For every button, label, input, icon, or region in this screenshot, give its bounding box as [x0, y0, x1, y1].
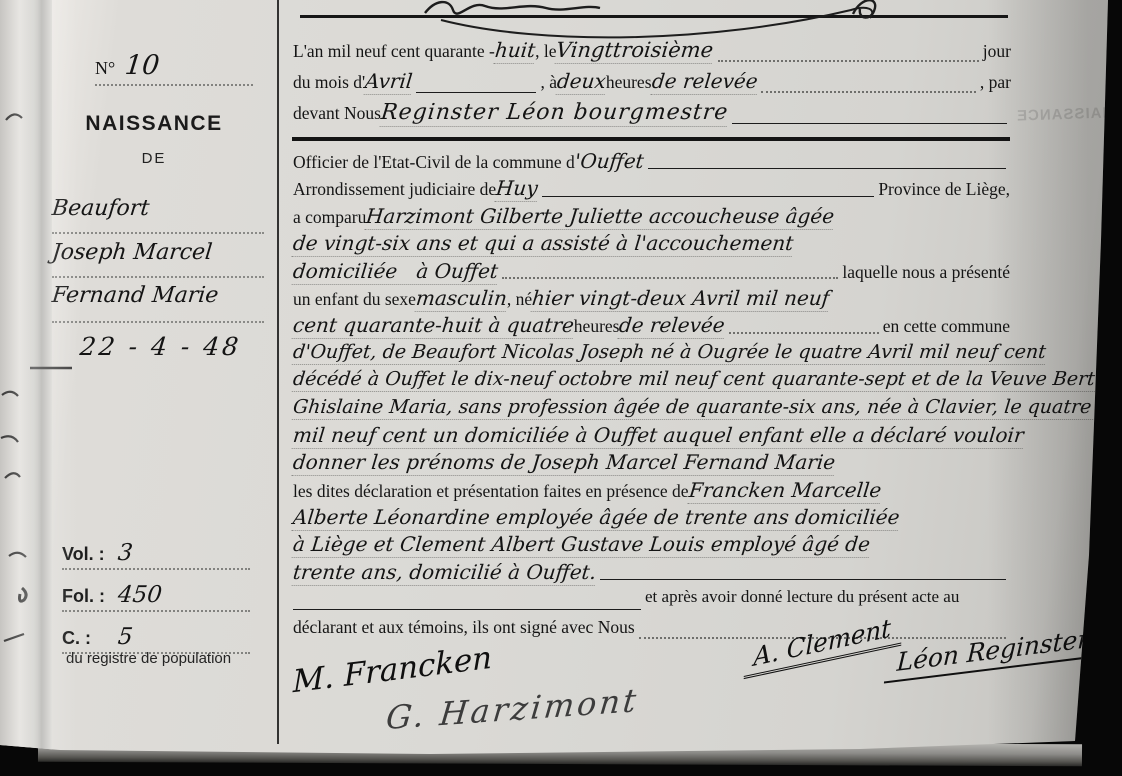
printed-text: Officier de l'Etat-Civil de la commune d [293, 152, 575, 173]
printed-text: laquelle nous a présenté [842, 262, 1010, 283]
form-line: d'Ouffet, de Beaufort Nicolas Joseph né … [293, 341, 1061, 368]
form-line: domiciliée à Ouffet laquelle nous a prés… [293, 259, 1010, 286]
form-line: du mois d' Avril , à deux heures de rele… [293, 69, 1011, 100]
form-line: donner les prénoms de Joseph Marcel Fern… [293, 450, 1010, 477]
handwritten-text: Reginster Léon bourgmestre [380, 100, 730, 127]
form-line: Ghislaine Maria, sans profession âgée de… [293, 396, 1061, 423]
printed-text: les dites déclaration et présentation fa… [293, 481, 689, 502]
form-line: L'an mil neuf cent quarante - huit , le … [293, 38, 1011, 69]
form-line: a comparu Harzimont Gilberte Juliette ac… [293, 204, 1010, 231]
act-number-row: N° 10 [95, 50, 253, 86]
child-surname: Beaufort [52, 196, 264, 234]
handwritten-text: de relevée [650, 69, 758, 95]
handwritten-text: donner les prénoms de Joseph Marcel Fern… [292, 450, 837, 476]
form-line: Officier de l'Etat-Civil de la commune d… [293, 149, 1010, 176]
handwritten-text: Avril [364, 69, 414, 95]
c-value: 5 [117, 624, 134, 650]
handwritten-text: 22 - 4 - 48 [78, 332, 242, 361]
handwritten-text: Huy [495, 176, 539, 202]
handwritten-text: Alberte Léonardine employée âgée de tren… [292, 505, 901, 531]
printed-text: , à [540, 72, 557, 93]
handwritten-text: à Liège et Clement Albert Gustave Louis … [292, 532, 872, 558]
fol-label: Fol. : [62, 586, 118, 607]
solid-fill [293, 609, 641, 610]
form-line: les dites déclaration et présentation fa… [293, 478, 1010, 505]
printed-text: , né [507, 289, 532, 310]
printed-text: déclarant et aux témoins, ils ont signé … [293, 617, 635, 638]
handwritten-text: huit [494, 38, 537, 64]
child-firstnames-2: Fernand Marie [52, 283, 264, 323]
birth-date-margin: 22 - 4 - 48 [80, 332, 241, 361]
printed-text: , le [535, 41, 556, 62]
document-page: NAISSANCE N° 10 NAISSANCE DE Beaufort Jo… [0, 0, 1122, 776]
registry-note: du registre de population [66, 650, 231, 667]
printed-text: devant Nous [293, 103, 381, 124]
handwritten-text: de vingt-six ans et qui a assisté à l'ac… [292, 231, 795, 257]
handwritten-text: Francken Marcelle [687, 478, 882, 504]
handwritten-text: décédé à Ouffet le dix-neuf octobre mil … [292, 368, 1122, 392]
form-line: Alberte Léonardine employée âgée de tren… [293, 505, 1010, 532]
form-line: cent quarante-huit à quatre heures de re… [293, 313, 1010, 340]
dotted-fill [761, 91, 976, 93]
act-number-value: 10 [124, 50, 162, 81]
solid-fill [542, 196, 875, 197]
act-paragraph: Officier de l'Etat-Civil de la commune d… [293, 149, 1010, 646]
printed-text: du mois d' [293, 72, 365, 93]
section-rule [292, 137, 1010, 141]
handwritten-text: Ghislaine Maria, sans profession âgée de… [292, 396, 1122, 420]
form-line: Arrondissement judiciaire de Huy Provinc… [293, 176, 1010, 203]
handwritten-text: hier vingt-deux Avril mil neuf [531, 286, 831, 312]
handwritten-text: Fernand Marie [51, 283, 220, 308]
form-line: et après avoir donné lecture du présent … [293, 587, 1010, 617]
handwritten-text: Vingttroisième [555, 38, 715, 64]
printed-text: en cette commune [883, 316, 1010, 337]
form-line: de vingt-six ans et qui a assisté à l'ac… [293, 231, 1010, 258]
printed-text: L'an mil neuf cent quarante - [293, 41, 495, 62]
printed-text: Arrondissement judiciaire de [293, 179, 496, 200]
handwritten-text: masculin [415, 286, 509, 312]
handwritten-text: 'Ouffet [574, 149, 645, 173]
printed-text: jour [983, 41, 1011, 62]
de-subheading: DE [46, 150, 262, 167]
handwritten-text: de relevée [618, 313, 726, 339]
form-line: mil neuf cent un domiciliée à Ouffet auq… [293, 423, 1010, 450]
form-line: devant Nous Reginster Léon bourgmestre [293, 100, 1011, 131]
signature-harzimont: G. Harzimont [384, 681, 641, 737]
c-label: C. : [62, 628, 118, 649]
printed-text: heures [606, 72, 652, 93]
form-line: trente ans, domicilié à Ouffet. [293, 560, 1010, 587]
solid-fill [416, 92, 536, 93]
dotted-fill [729, 332, 879, 334]
child-firstnames-1: Joseph Marcel [52, 240, 264, 278]
handwritten-text: trente ans, domicilié à Ouffet. [292, 560, 598, 586]
handwritten-text: deux [556, 69, 608, 95]
printed-text: un enfant du sexe [293, 289, 416, 310]
handwritten-text: domiciliée à Ouffet [292, 259, 500, 285]
printed-text: Province de Liège, [878, 179, 1010, 200]
handwritten-text: mil neuf cent un domiciliée à Ouffet auq… [292, 423, 1025, 449]
signature-francken: M. Francken [292, 640, 492, 701]
handwritten-text: Joseph Marcel [51, 240, 214, 265]
handwritten-text: Harzimont Gilberte Juliette accoucheuse … [365, 204, 836, 230]
handwritten-text: cent quarante-huit à quatre [292, 313, 576, 339]
printed-text: a comparu [293, 207, 366, 228]
registry-vol-row: Vol. : 3 [62, 540, 250, 570]
handwritten-text: d'Ouffet, de Beaufort Nicolas Joseph né … [292, 341, 1047, 365]
solid-fill [648, 168, 1006, 169]
dotted-fill [718, 60, 979, 62]
handwritten-text: Beaufort [51, 196, 151, 221]
vol-label: Vol. : [62, 544, 118, 565]
registry-fol-row: Fol. : 450 [62, 582, 250, 612]
scanned-birth-record: NAISSANCE N° 10 NAISSANCE DE Beaufort Jo… [0, 0, 1122, 776]
bleedthrough-text: NAISSANCE [1016, 104, 1114, 124]
naissance-heading: NAISSANCE [46, 112, 262, 136]
opening-paragraph: L'an mil neuf cent quarante - huit , le … [293, 38, 1011, 131]
form-line: à Liège et Clement Albert Gustave Louis … [293, 532, 1010, 559]
vol-value: 3 [117, 540, 134, 566]
printed-text: heures [574, 316, 620, 337]
margin-divider-rule [277, 0, 279, 744]
fol-value: 450 [117, 582, 164, 608]
form-line: déclarant et aux témoins, ils ont signé … [293, 617, 1010, 646]
printed-text: et après avoir donné lecture du présent … [645, 587, 959, 607]
printed-text: , par [980, 72, 1011, 93]
dotted-fill [502, 277, 838, 279]
form-line: un enfant du sexe masculin , né hier vin… [293, 286, 1010, 313]
act-number-label: N° [95, 58, 115, 79]
solid-fill [600, 579, 1006, 580]
form-line: décédé à Ouffet le dix-neuf octobre mil … [293, 368, 1061, 395]
solid-fill [732, 123, 1007, 124]
